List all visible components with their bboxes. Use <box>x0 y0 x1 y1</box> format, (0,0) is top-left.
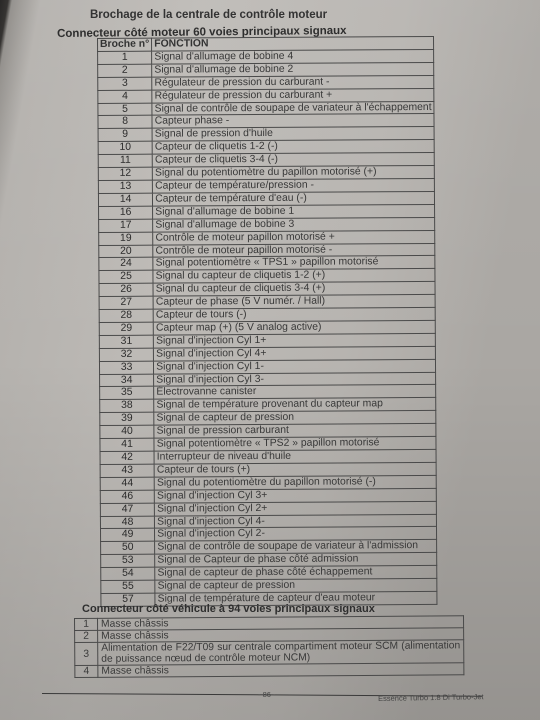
pin-number: 3 <box>98 77 152 90</box>
pin-number: 5 <box>98 103 152 116</box>
pin-function: Signal de contrôle de soupape de variate… <box>152 101 434 116</box>
pin-number: 25 <box>99 270 153 283</box>
pin-number: 53 <box>101 554 155 567</box>
pin-number: 10 <box>98 141 152 154</box>
pin-number: 4 <box>75 665 98 677</box>
pin-number: 2 <box>98 64 152 77</box>
pin-number: 20 <box>99 245 153 258</box>
pin-number: 46 <box>100 490 154 503</box>
pin-number: 26 <box>99 283 153 296</box>
pin-number: 33 <box>99 361 153 374</box>
pin-number: 8 <box>98 116 152 129</box>
pin-number: 50 <box>101 542 155 555</box>
pin-number: 38 <box>100 400 154 413</box>
pin-function: Alimentation de F22/T09 sur centrale com… <box>98 640 464 666</box>
pin-number: 48 <box>100 516 154 529</box>
document-title: Brochage de la centrale de contrôle mote… <box>90 9 327 21</box>
pin-number: 47 <box>100 503 154 516</box>
pin-number: 55 <box>101 580 155 593</box>
vehicle-connector-heading: Connecteur côté véhicule à 94 voies prin… <box>82 603 375 615</box>
pin-number: 28 <box>99 309 153 322</box>
pin-number: 2 <box>75 630 98 642</box>
pin-number: 27 <box>99 296 153 309</box>
table-row: 50Signal de contrôle de soupape de varia… <box>101 540 437 555</box>
pin-number: 54 <box>101 567 155 580</box>
pin-number: 44 <box>100 477 154 490</box>
pin-number: 29 <box>99 322 153 335</box>
pin-number: 16 <box>99 206 153 219</box>
table-row: 4Masse châssis <box>75 663 464 678</box>
vehicle-connector-table: 1Masse châssis2Masse châssis3Alimentatio… <box>74 615 464 678</box>
column-header-pin: Broche n° <box>98 38 152 51</box>
pin-number: 1 <box>75 618 98 630</box>
pin-number: 32 <box>99 348 153 361</box>
pin-function: Masse châssis <box>98 663 464 678</box>
pin-number: 3 <box>75 642 98 665</box>
pin-function: Signal de contrôle de soupape de variate… <box>155 540 437 555</box>
pin-number: 39 <box>100 412 154 425</box>
pin-number: 19 <box>99 232 153 245</box>
pin-number: 14 <box>98 193 152 206</box>
pin-number: 34 <box>100 374 154 387</box>
pin-number: 1 <box>98 51 152 64</box>
pin-number: 24 <box>99 258 153 271</box>
pin-number: 12 <box>98 167 152 180</box>
pin-number: 42 <box>100 451 154 464</box>
table-row: 3Alimentation de F22/T09 sur centrale co… <box>75 640 464 666</box>
pin-number: 4 <box>98 90 152 103</box>
pin-number: 40 <box>100 425 154 438</box>
pin-number: 49 <box>100 529 154 542</box>
pin-number: 41 <box>100 438 154 451</box>
pin-number: 31 <box>99 335 153 348</box>
page-number: - 86 - <box>258 690 276 699</box>
footer-running-title: Essence Turbo 1.8 Di Turbo-Jet <box>378 692 484 703</box>
pin-number: 9 <box>98 129 152 142</box>
pin-number: 11 <box>98 154 152 167</box>
pin-number: 43 <box>100 464 154 477</box>
pin-number: 35 <box>100 387 154 400</box>
engine-connector-table: Broche n° FONCTION 1Signal d'allumage de… <box>97 36 438 607</box>
table-row: 5Signal de contrôle de soupape de variat… <box>98 101 434 116</box>
pin-number: 17 <box>99 219 153 232</box>
pin-number: 13 <box>98 180 152 193</box>
